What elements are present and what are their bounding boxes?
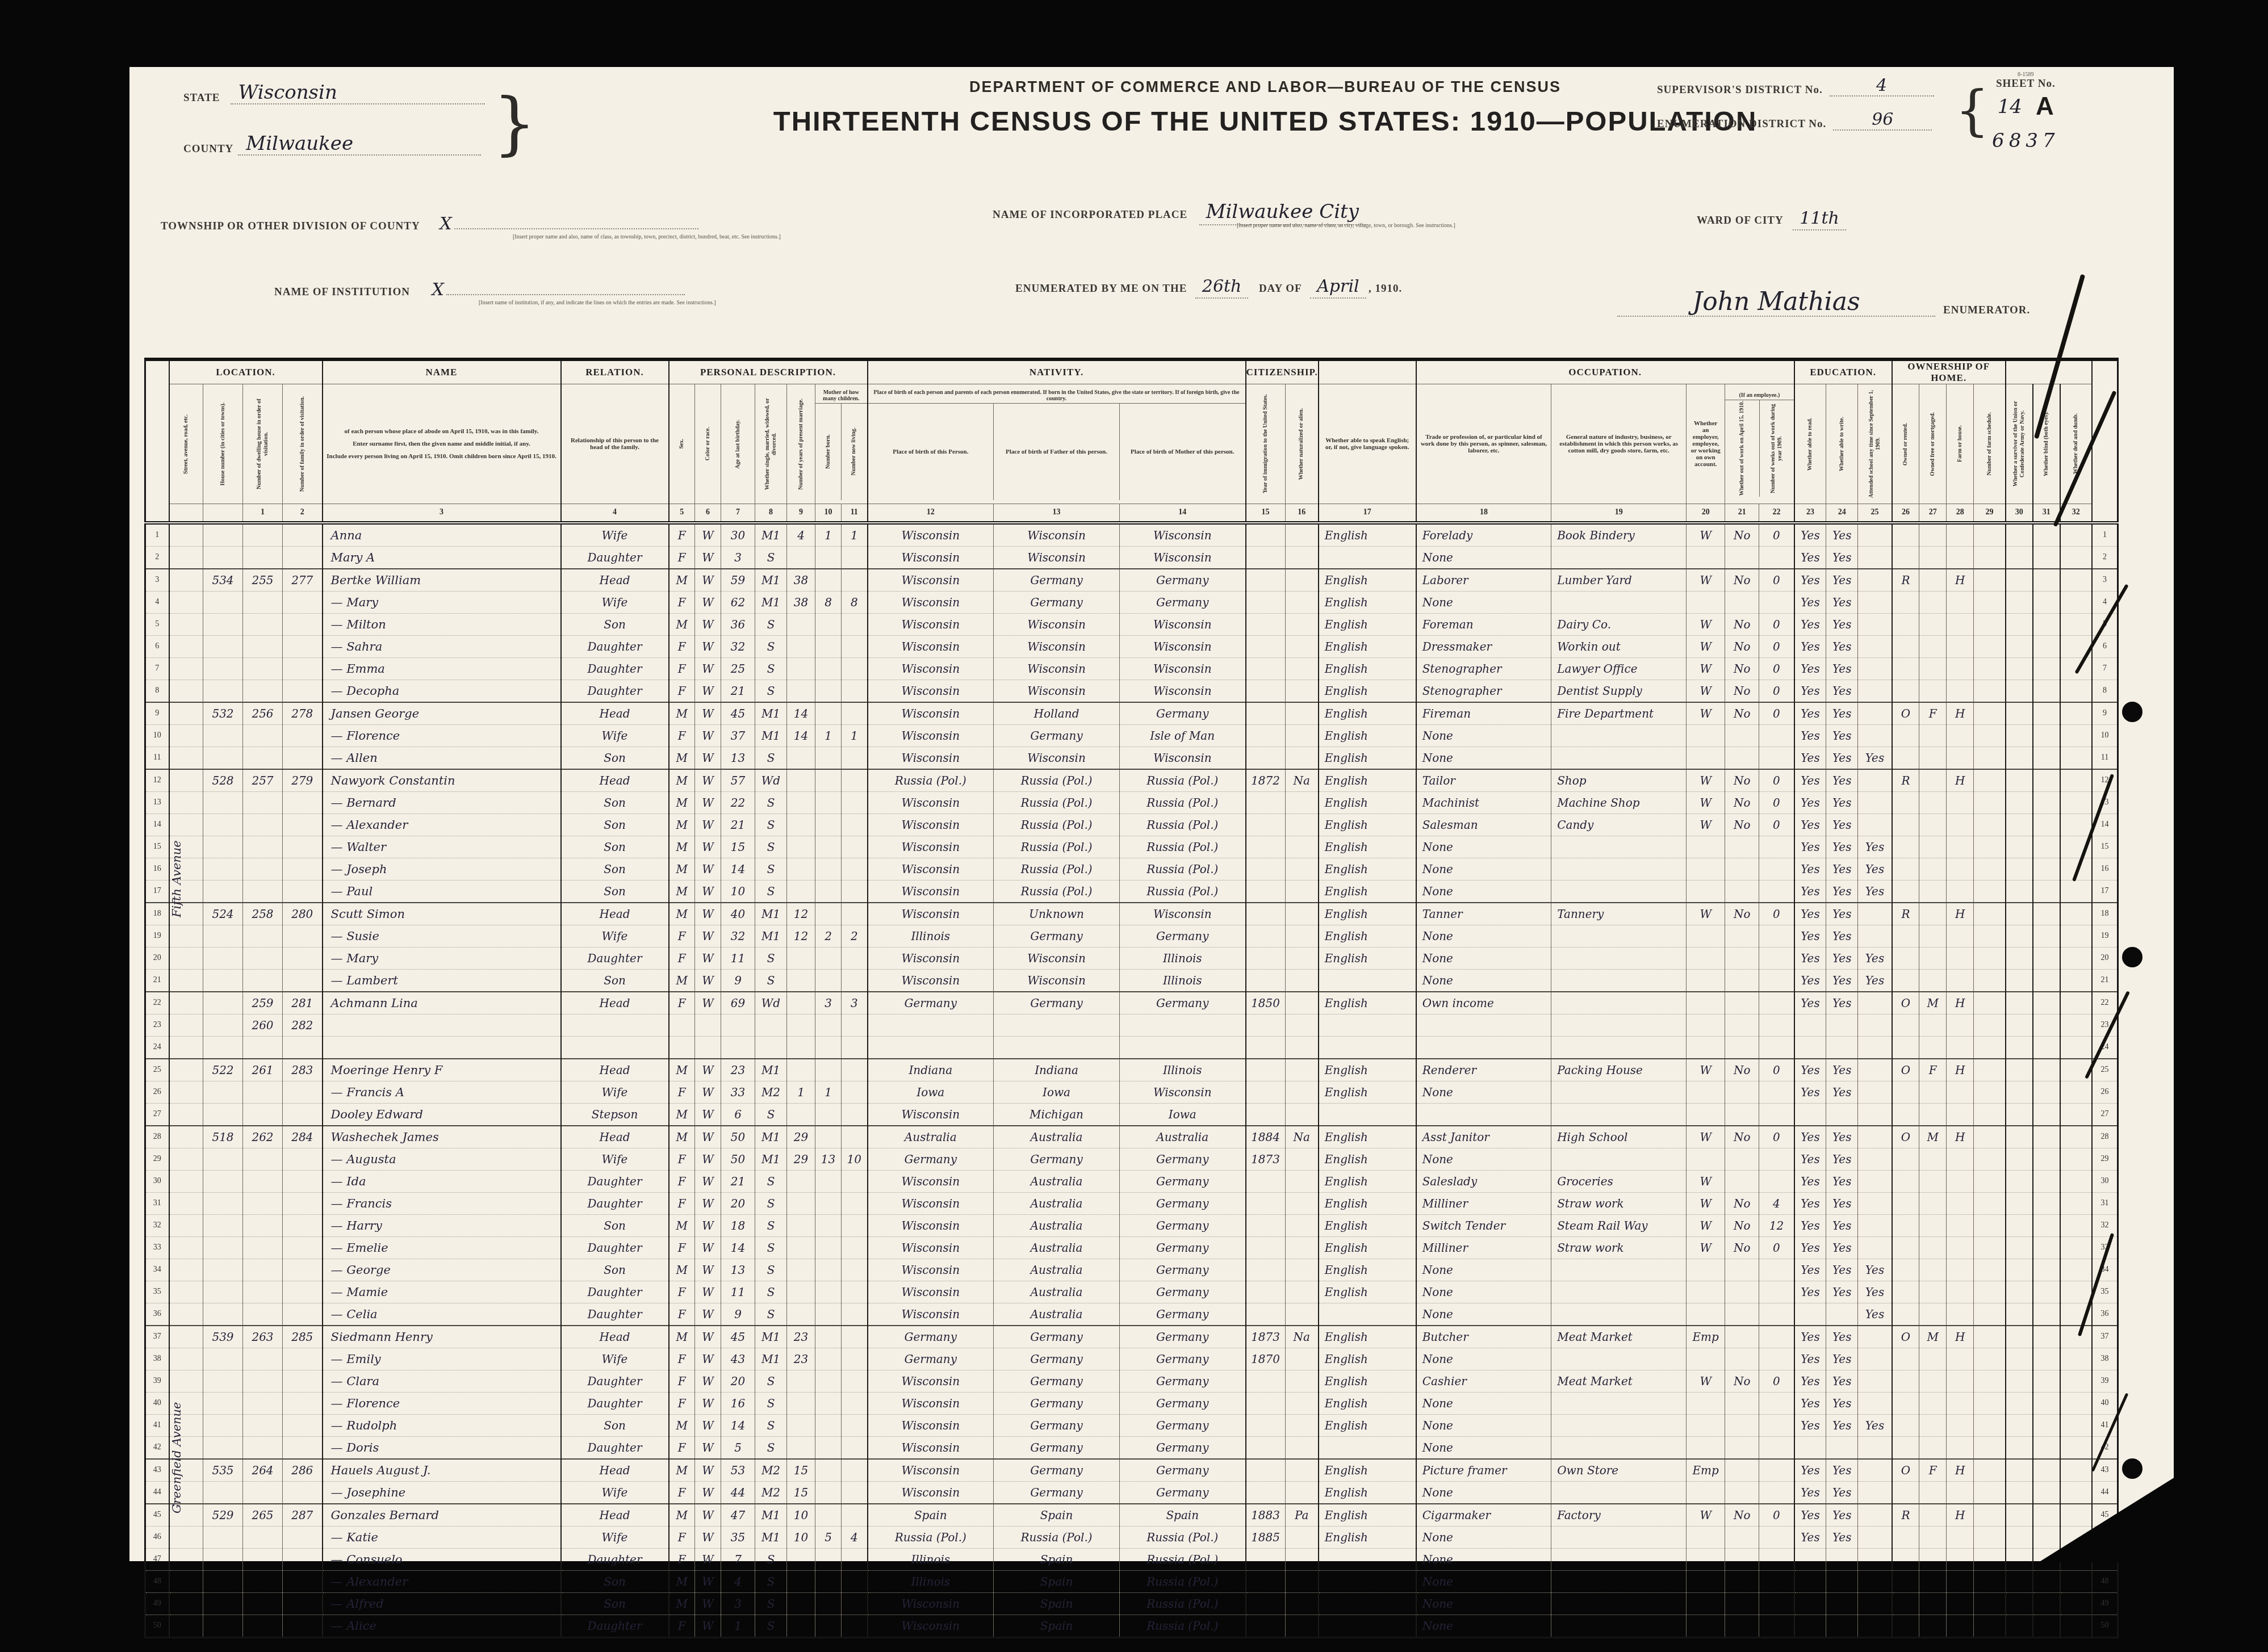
cell-deaf — [2060, 614, 2092, 636]
cell-age: 5 — [721, 1437, 755, 1460]
cell-sex: F — [669, 1527, 695, 1549]
cell-sched — [1974, 1615, 2006, 1638]
cell-deaf — [2060, 1215, 2092, 1237]
cell-ind: Dentist Supply — [1551, 680, 1687, 703]
cell-name: — Mamie — [323, 1281, 561, 1303]
cell-liv — [842, 1303, 868, 1326]
cell-color: W — [695, 792, 721, 814]
cell-read: Yes — [1794, 858, 1826, 880]
cell-own — [1892, 858, 1919, 880]
cell-age: 35 — [721, 1527, 755, 1549]
cell-write: Yes — [1826, 1370, 1858, 1393]
cell-house — [203, 1593, 243, 1615]
cell-read: Yes — [1794, 836, 1826, 858]
cell-house — [203, 814, 243, 836]
cell-mort — [1919, 925, 1947, 947]
cell-street — [169, 523, 203, 547]
cell-fam: 283 — [283, 1059, 323, 1081]
cell-write: Yes — [1826, 903, 1858, 925]
cell-wks — [1759, 592, 1794, 614]
cell-nat — [1285, 1148, 1318, 1171]
day-of-label: DAY OF — [1259, 283, 1302, 295]
cell-yrs: 29 — [787, 1148, 815, 1171]
cell-house — [203, 636, 243, 658]
cell-own — [1892, 880, 1919, 903]
cell-rel: Son — [561, 858, 669, 880]
cell-deaf — [2060, 880, 2092, 903]
cell-out: No — [1725, 769, 1759, 792]
sheet-label: SHEET No. — [1996, 78, 2056, 90]
cell-school — [1858, 992, 1892, 1014]
cell-bpm: Russia (Pol.) — [1120, 836, 1246, 858]
column-number: 4 — [561, 504, 669, 523]
cell-bp: Wisconsin — [868, 680, 994, 703]
column-group-header: NAME — [323, 359, 561, 384]
cell-mar: M2 — [755, 1482, 787, 1504]
cell-nat — [1285, 1237, 1318, 1259]
cell-school — [1858, 792, 1892, 814]
cell-school — [1858, 614, 1892, 636]
line-number: 27 — [2092, 1104, 2118, 1126]
cell-mort: M — [1919, 992, 1947, 1014]
cell-ind — [1551, 836, 1687, 858]
cell-name: — Emelie — [323, 1237, 561, 1259]
cell-emp — [1687, 970, 1725, 992]
cell-read: Yes — [1794, 1281, 1826, 1303]
line-number: 5 — [145, 614, 169, 636]
cell-own — [1892, 680, 1919, 703]
line-number-column-header — [2092, 359, 2118, 523]
cell-liv — [842, 1393, 868, 1415]
cell-vet — [2006, 1281, 2033, 1303]
cell-vet — [2006, 880, 2033, 903]
cell-fam — [283, 1037, 323, 1059]
cell-liv: 10 — [842, 1148, 868, 1171]
cell-rel: Head — [561, 1059, 669, 1081]
cell-vet — [2006, 1593, 2033, 1615]
cell-vet — [2006, 992, 2033, 1014]
cell-wks — [1759, 970, 1794, 992]
cell-sex: M — [669, 614, 695, 636]
cell-read: Yes — [1794, 702, 1826, 725]
institution-note: [Insert name of institution, if any, and… — [479, 300, 716, 306]
cell-sex: F — [669, 1081, 695, 1104]
cell-yrs — [787, 814, 815, 836]
cell-mort — [1919, 858, 1947, 880]
cell-born — [815, 1104, 842, 1126]
cell-name: Nawyork Constantin — [323, 769, 561, 792]
cell-sched — [1974, 1171, 2006, 1193]
cell-school — [1858, 1171, 1892, 1193]
cell-own — [1892, 814, 1919, 836]
cell-sex: M — [669, 1415, 695, 1437]
cell-name: Moeringe Henry F — [323, 1059, 561, 1081]
cell-born — [815, 947, 842, 970]
cell-own — [1892, 1482, 1919, 1504]
cell-write — [1826, 1549, 1858, 1571]
cell-farm — [1947, 1148, 1974, 1171]
cell-sched — [1974, 880, 2006, 903]
county-line: County Milwaukee — [183, 134, 481, 156]
cell-bpf: Michigan — [994, 1104, 1120, 1126]
cell-yrs — [787, 1037, 815, 1059]
cell-yrs — [787, 1571, 815, 1593]
cell-farm: H — [1947, 702, 1974, 725]
column-label-color: Color or race. — [705, 427, 712, 460]
cell-bpf: Germany — [994, 992, 1120, 1014]
cell-out — [1725, 1081, 1759, 1104]
cell-bp: Wisconsin — [868, 592, 994, 614]
cell-nat — [1285, 1482, 1318, 1504]
cell-imm: 1850 — [1246, 992, 1286, 1014]
cell-farm — [1947, 947, 1974, 970]
column-sublabel: Include every person living on April 15,… — [327, 453, 557, 460]
sheet-brace-glyph: { — [1955, 84, 1989, 138]
cell-read: Yes — [1794, 1482, 1826, 1504]
cell-bpf: Wisconsin — [994, 636, 1120, 658]
column-header-trade: Trade or profession of, or particular ki… — [1416, 384, 1551, 504]
cell-school — [1858, 903, 1892, 925]
line-number: 49 — [145, 1593, 169, 1615]
line-number: 3 — [145, 569, 169, 592]
cell-dw — [243, 1215, 283, 1237]
cell-bp: Russia (Pol.) — [868, 1527, 994, 1549]
cell-lang: English — [1319, 1348, 1416, 1370]
cell-read: Yes — [1794, 1126, 1826, 1148]
punch-mark — [2122, 1458, 2143, 1479]
cell-nat — [1285, 1415, 1318, 1437]
cell-imm — [1246, 858, 1286, 880]
cell-nat — [1285, 702, 1318, 725]
cell-born — [815, 747, 842, 770]
cell-ind — [1551, 1415, 1687, 1437]
cell-school — [1858, 1504, 1892, 1527]
cell-bp: Germany — [868, 1326, 994, 1348]
cell-lang — [1319, 547, 1416, 569]
cell-age: 3 — [721, 1593, 755, 1615]
cell-bp: Wisconsin — [868, 523, 994, 547]
census-row: 7— EmmaDaughterFW25SWisconsinWisconsinWi… — [145, 658, 2118, 680]
cell-sched — [1974, 636, 2006, 658]
cell-farm — [1947, 680, 1974, 703]
cell-bpf: Indiana — [994, 1059, 1120, 1081]
cell-yrs — [787, 1059, 815, 1081]
cell-emp — [1687, 592, 1725, 614]
cell-liv — [842, 792, 868, 814]
cell-imm — [1246, 747, 1286, 770]
cell-vet — [2006, 1104, 2033, 1126]
cell-street — [169, 569, 203, 592]
cell-wks: 0 — [1759, 702, 1794, 725]
cell-fam — [283, 614, 323, 636]
cell-out — [1725, 1104, 1759, 1126]
cell-own — [1892, 1593, 1919, 1615]
cell-ind — [1551, 1615, 1687, 1638]
line-number: 19 — [145, 925, 169, 947]
cell-write — [1826, 1014, 1858, 1037]
cell-out: No — [1725, 523, 1759, 547]
cell-write: Yes — [1826, 1281, 1858, 1303]
line-number: 17 — [2092, 880, 2118, 903]
cell-bpf: Germany — [994, 1348, 1120, 1370]
cell-emp — [1687, 1081, 1725, 1104]
cell-color: W — [695, 836, 721, 858]
cell-born — [815, 1303, 842, 1326]
cell-sex: F — [669, 1281, 695, 1303]
cell-liv — [842, 769, 868, 792]
cell-deaf — [2060, 970, 2092, 992]
cell-bp: Wisconsin — [868, 702, 994, 725]
cell-fam — [283, 658, 323, 680]
census-row: 2424 — [145, 1037, 2118, 1059]
cell-trade: Milliner — [1416, 1237, 1551, 1259]
cell-born: 5 — [815, 1527, 842, 1549]
cell-imm: 1885 — [1246, 1527, 1286, 1549]
cell-emp — [1687, 1148, 1725, 1171]
cell-age: 30 — [721, 523, 755, 547]
cell-born — [815, 1415, 842, 1437]
cell-ind: Lawyer Office — [1551, 658, 1687, 680]
cell-trade: Own income — [1416, 992, 1551, 1014]
cell-fam: 281 — [283, 992, 323, 1014]
cell-read: Yes — [1794, 1215, 1826, 1237]
cell-bpm — [1120, 1037, 1246, 1059]
census-row: 45529265287Gonzales BernardHeadMW47M110S… — [145, 1504, 2118, 1527]
line-number: 23 — [145, 1014, 169, 1037]
cell-write: Yes — [1826, 1415, 1858, 1437]
cell-deaf — [2060, 769, 2092, 792]
line-number: 17 — [145, 880, 169, 903]
cell-liv: 2 — [842, 925, 868, 947]
cell-mort: M — [1919, 1326, 1947, 1348]
cell-street — [169, 1081, 203, 1104]
cell-yrs — [787, 1171, 815, 1193]
cell-rel: Wife — [561, 1348, 669, 1370]
cell-imm — [1246, 1482, 1286, 1504]
cell-trade: None — [1416, 925, 1551, 947]
cell-bp: Wisconsin — [868, 547, 994, 569]
cell-farm — [1947, 1237, 1974, 1259]
cell-out: No — [1725, 658, 1759, 680]
cell-blind — [2033, 1527, 2060, 1549]
cell-school: Yes — [1858, 947, 1892, 970]
cell-own — [1892, 792, 1919, 814]
cell-bpm: Illinois — [1120, 970, 1246, 992]
cell-nat — [1285, 814, 1318, 836]
cell-farm: H — [1947, 569, 1974, 592]
cell-mort — [1919, 1104, 1947, 1126]
cell-read: Yes — [1794, 1370, 1826, 1393]
cell-out — [1725, 1482, 1759, 1504]
cell-bpm: Wisconsin — [1120, 547, 1246, 569]
cell-emp: W — [1687, 569, 1725, 592]
cell-name: — Francis — [323, 1193, 561, 1215]
cell-read: Yes — [1794, 1148, 1826, 1171]
enumeration-line: ENUMERATION DISTRICT No. 96 — [1657, 111, 1934, 131]
cell-emp — [1687, 1437, 1725, 1460]
cell-write: Yes — [1826, 1193, 1858, 1215]
cell-nat — [1285, 1549, 1318, 1571]
enumerated-label: ENUMERATED BY ME ON THE — [1015, 283, 1187, 295]
cell-farm — [1947, 1549, 1974, 1571]
cell-dw — [243, 880, 283, 903]
cell-yrs — [787, 1415, 815, 1437]
cell-mar: S — [755, 614, 787, 636]
cell-mort — [1919, 947, 1947, 970]
cell-dw — [243, 547, 283, 569]
census-row: 8— DecophaDaughterFW21SWisconsinWisconsi… — [145, 680, 2118, 703]
cell-lang: English — [1319, 702, 1416, 725]
cell-own: O — [1892, 1059, 1919, 1081]
cell-sched — [1974, 1348, 2006, 1370]
cell-farm — [1947, 636, 1974, 658]
cell-color: W — [695, 858, 721, 880]
cell-rel: Wife — [561, 1482, 669, 1504]
cell-nat — [1285, 992, 1318, 1014]
column-header-farm: Farm or house. — [1947, 384, 1974, 504]
cell-out — [1725, 1527, 1759, 1549]
district-block: SUPERVISOR'S DISTRICT No. 4 ENUMERATION … — [1657, 77, 1934, 145]
cell-trade: None — [1416, 1527, 1551, 1549]
cell-emp — [1687, 1549, 1725, 1571]
enumeration-label: ENUMERATION DISTRICT No. — [1657, 118, 1826, 131]
cell-street — [169, 1527, 203, 1549]
cell-trade: Salesman — [1416, 814, 1551, 836]
column-label-read: Whether able to read. — [1807, 418, 1814, 471]
cell-liv: 1 — [842, 725, 868, 747]
cell-write: Yes — [1826, 925, 1858, 947]
cell-fam — [283, 1415, 323, 1437]
cell-wks — [1759, 1303, 1794, 1326]
cell-read — [1794, 1037, 1826, 1059]
cell-sex: M — [669, 1504, 695, 1527]
cell-vet — [2006, 814, 2033, 836]
cell-wks — [1759, 1171, 1794, 1193]
cell-yrs — [787, 836, 815, 858]
cell-bp: Wisconsin — [868, 1370, 994, 1393]
cell-blind — [2033, 836, 2060, 858]
column-label-bpf: Place of birth of Father of this person. — [1002, 447, 1111, 456]
cell-born — [815, 836, 842, 858]
cell-liv — [842, 1459, 868, 1482]
cell-farm — [1947, 1348, 1974, 1370]
cell-ind — [1551, 747, 1687, 770]
cell-fam — [283, 1571, 323, 1593]
column-number: 13 — [994, 504, 1120, 523]
cell-ind — [1551, 1437, 1687, 1460]
cell-bpm: Russia (Pol.) — [1120, 880, 1246, 903]
cell-school — [1858, 1615, 1892, 1638]
cell-sched — [1974, 1059, 2006, 1081]
cell-wks: 0 — [1759, 1237, 1794, 1259]
cell-age: 47 — [721, 1504, 755, 1527]
cell-nat — [1285, 614, 1318, 636]
cell-street — [169, 1393, 203, 1415]
cell-write — [1826, 1593, 1858, 1615]
cell-house — [203, 880, 243, 903]
sheet-value: 14 — [1998, 97, 2022, 116]
cell-trade: None — [1416, 1615, 1551, 1638]
cell-bpf: Germany — [994, 1482, 1120, 1504]
cell-write: Yes — [1826, 680, 1858, 703]
cell-blind — [2033, 1482, 2060, 1504]
cell-own — [1892, 636, 1919, 658]
cell-read — [1794, 1571, 1826, 1593]
column-number: 11 — [842, 504, 868, 523]
cell-deaf — [2060, 1281, 2092, 1303]
line-number: 27 — [145, 1104, 169, 1126]
line-number: 25 — [145, 1059, 169, 1081]
cell-liv — [842, 1615, 868, 1638]
cell-street — [169, 1571, 203, 1593]
cell-read: Yes — [1794, 1415, 1826, 1437]
cell-bpm: Russia (Pol.) — [1120, 814, 1246, 836]
cell-school: Yes — [1858, 836, 1892, 858]
census-row: 39— ClaraDaughterFW20SWisconsinGermanyGe… — [145, 1370, 2118, 1393]
cell-vet — [2006, 1415, 2033, 1437]
column-label-mar: Whether single, married, widowed, or div… — [764, 387, 777, 501]
line-number: 33 — [145, 1237, 169, 1259]
cell-bpm: Germany — [1120, 1437, 1246, 1460]
cell-bp: Illinois — [868, 1549, 994, 1571]
township-line: TOWNSHIP OR OTHER DIVISION OF COUNTY X [… — [161, 216, 781, 240]
cell-lang: English — [1319, 858, 1416, 880]
cell-read: Yes — [1794, 1193, 1826, 1215]
cell-dw: 261 — [243, 1059, 283, 1081]
cell-bpm: Germany — [1120, 1482, 1246, 1504]
cell-lang: English — [1319, 947, 1416, 970]
cell-trade: Dressmaker — [1416, 636, 1551, 658]
sheet-handwritten-number: 6837 — [1992, 131, 2060, 150]
cell-liv — [842, 814, 868, 836]
cell-sex: F — [669, 1193, 695, 1215]
cell-ind — [1551, 1104, 1687, 1126]
cell-bp: Wisconsin — [868, 1281, 994, 1303]
cell-liv — [842, 1037, 868, 1059]
state-value: Wisconsin — [231, 83, 485, 104]
cell-color: W — [695, 1459, 721, 1482]
cell-imm: 1884 — [1246, 1126, 1286, 1148]
cell-write — [1826, 1571, 1858, 1593]
cell-vet — [2006, 1059, 2033, 1081]
cell-out — [1725, 747, 1759, 770]
cell-dw — [243, 1193, 283, 1215]
cell-lang — [1319, 1571, 1416, 1593]
cell-lang: English — [1319, 1215, 1416, 1237]
cell-rel: Head — [561, 769, 669, 792]
cell-emp — [1687, 1348, 1725, 1370]
cell-lang: English — [1319, 1148, 1416, 1171]
census-row: 14— AlexanderSonMW21SWisconsinRussia (Po… — [145, 814, 2118, 836]
cell-blind — [2033, 614, 2060, 636]
cell-yrs — [787, 858, 815, 880]
cell-rel: Daughter — [561, 1171, 669, 1193]
cell-lang: English — [1319, 1393, 1416, 1415]
cell-mar: S — [755, 836, 787, 858]
cell-sex: M — [669, 1571, 695, 1593]
census-page: State Wisconsin County Milwaukee } DEPAR… — [129, 67, 2174, 1561]
cell-street — [169, 1326, 203, 1348]
cell-mar: M1 — [755, 702, 787, 725]
cell-age: 21 — [721, 680, 755, 703]
cell-vet — [2006, 1459, 2033, 1482]
cell-school — [1858, 658, 1892, 680]
cell-rel: Wife — [561, 592, 669, 614]
cell-nat — [1285, 658, 1318, 680]
cell-sched — [1974, 1527, 2006, 1549]
line-number: 29 — [145, 1148, 169, 1171]
cell-house — [203, 1571, 243, 1593]
